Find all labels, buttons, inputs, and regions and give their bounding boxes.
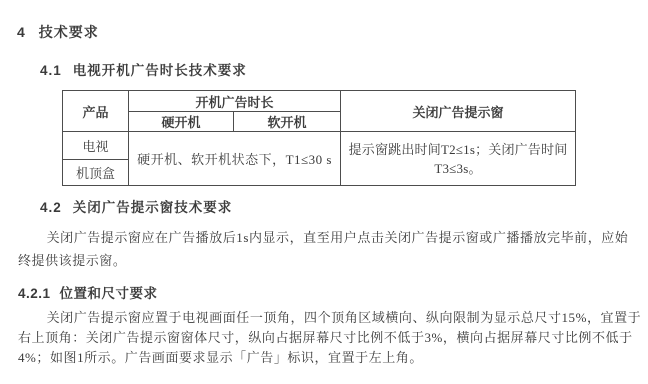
- heading-section-4-2-1-number: 4.2.1: [18, 286, 51, 301]
- heading-section-4-2-1: 4.2.1位置和尺寸要求: [18, 282, 158, 302]
- paragraph-line: 右上顶角：关闭广告提示窗窗体尺寸，纵向占据屏幕尺寸比例不低于3%，横向占据屏幕尺…: [18, 328, 616, 348]
- paragraph-line: 终提供该提示窗。: [18, 249, 616, 272]
- heading-section-4-2-1-title: 位置和尺寸要求: [60, 286, 158, 301]
- heading-section-4: 4技术要求: [17, 22, 99, 42]
- document-page: 4技术要求 4.1电视开机广告时长技术要求 产品 开机广告时长 关闭广告提示窗 …: [0, 0, 648, 384]
- paragraph-line: 关闭广告提示窗应置于电视画面任一顶角，四个顶角区域横向、纵向限制为显示总尺寸15…: [18, 308, 616, 328]
- table-row-tv: 电视 硬开机、软开机状态下，T1≤30 s 提示窗跳出时间T2≤1s；关闭广告时…: [63, 132, 576, 160]
- heading-section-4-1-number: 4.1: [40, 63, 62, 78]
- heading-section-4-1: 4.1电视开机广告时长技术要求: [40, 59, 247, 79]
- boot-ad-requirements-table: 产品 开机广告时长 关闭广告提示窗 硬开机 软开机 电视 硬开机、软开机状态下，…: [62, 90, 576, 186]
- paragraph-section-4-2-1: 关闭广告提示窗应置于电视画面任一顶角，四个顶角区域横向、纵向限制为显示总尺寸15…: [18, 308, 616, 368]
- table-header-soft-boot: 软开机: [234, 112, 341, 132]
- table-header-hard-boot: 硬开机: [129, 112, 234, 132]
- table-cell-close-note: 提示窗跳出时间T2≤1s；关闭广告时间T3≤3s。: [341, 132, 576, 186]
- table-cell-tv: 电视: [63, 132, 129, 160]
- heading-section-4-number: 4: [17, 24, 26, 40]
- paragraph-section-4-2: 关闭广告提示窗应在广告播放后1s内显示，直至用户点击关闭广告提示窗或广播播放完毕…: [18, 226, 616, 272]
- table-header-boot-ad-duration: 开机广告时长: [129, 91, 341, 112]
- table-header-close-ad-window: 关闭广告提示窗: [341, 91, 576, 132]
- heading-section-4-2-title: 关闭广告提示窗技术要求: [73, 200, 233, 215]
- heading-section-4-title: 技术要求: [39, 24, 99, 40]
- table-cell-stb: 机顶盒: [63, 160, 129, 186]
- paragraph-line: 关闭广告提示窗应在广告播放后1s内显示，直至用户点击关闭广告提示窗或广播播放完毕…: [18, 226, 616, 249]
- table-cell-duration-note: 硬开机、软开机状态下，T1≤30 s: [129, 132, 341, 186]
- table-header-product: 产品: [63, 91, 129, 132]
- heading-section-4-1-title: 电视开机广告时长技术要求: [73, 63, 247, 78]
- heading-section-4-2-number: 4.2: [40, 200, 62, 215]
- paragraph-line: 4%；如图1所示。广告画面要求显示「广告」标识，宜置于左上角。: [18, 348, 616, 368]
- heading-section-4-2: 4.2关闭广告提示窗技术要求: [40, 196, 232, 216]
